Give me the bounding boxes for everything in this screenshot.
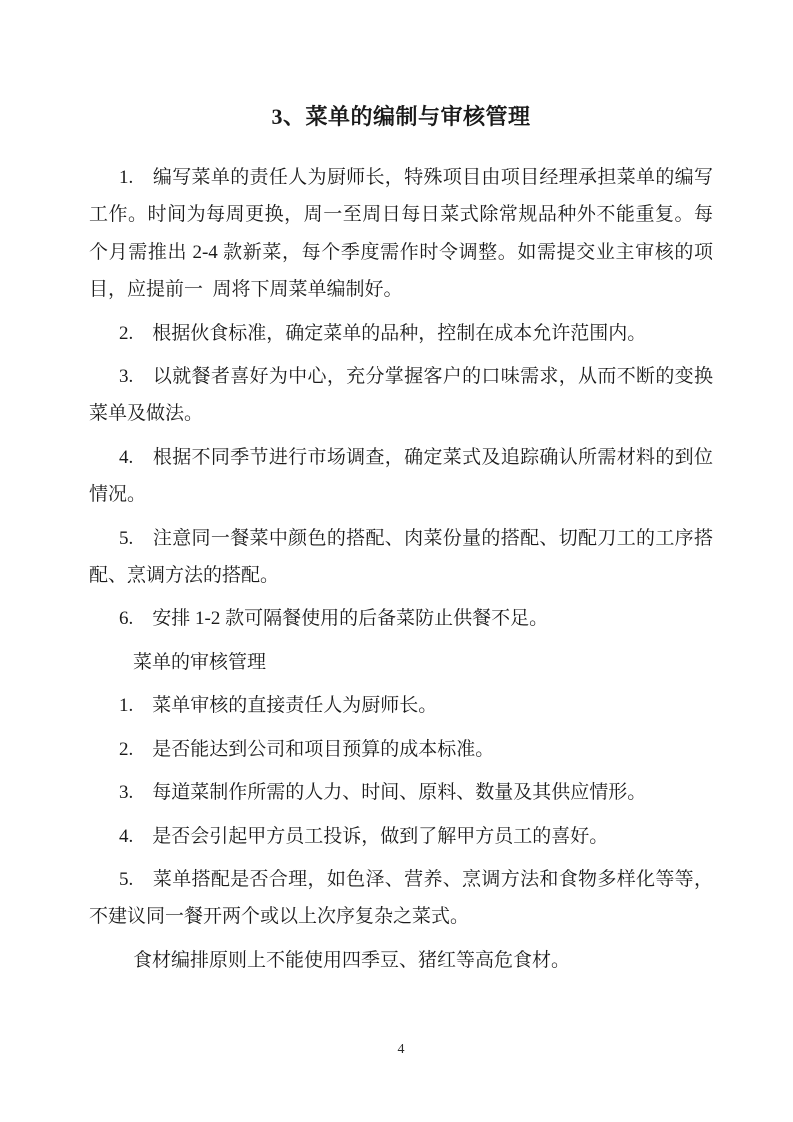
list-item-audit-2: 2. 是否能达到公司和项目预算的成本标准。 [89, 731, 713, 768]
list-item-compile-2: 2. 根据伙食标准，确定菜单的品种，控制在成本允许范围内。 [89, 315, 713, 352]
page-number: 4 [89, 1042, 713, 1058]
page-title: 3、菜单的编制与审核管理 [89, 104, 713, 130]
list-item-compile-6: 6. 安排 1-2 款可隔餐使用的后备菜防止供餐不足。 [89, 600, 713, 637]
page-content: 3、菜单的编制与审核管理 1. 编写菜单的责任人为厨师长，特殊项目由项目经理承担… [0, 0, 793, 979]
list-item-audit-1: 1. 菜单审核的直接责任人为厨师长。 [89, 687, 713, 724]
paragraph-ingredient-rule: 食材编排原则上不能使用四季豆、猪红等高危食材。 [89, 942, 713, 979]
list-item-compile-4: 4. 根据不同季节进行市场调查，确定菜式及追踪确认所需材料的到位情况。 [89, 439, 713, 514]
list-item-compile-1: 1. 编写菜单的责任人为厨师长，特殊项目由项目经理承担菜单的编写工作。时间为每周… [89, 159, 713, 309]
list-item-audit-5: 5. 菜单搭配是否合理，如色泽、营养、烹调方法和食物多样化等等，不建议同一餐开两… [89, 861, 713, 936]
list-item-compile-3: 3. 以就餐者喜好为中心，充分掌握客户的口味需求，从而不断的变换菜单及做法。 [89, 358, 713, 433]
section-heading-audit: 菜单的审核管理 [89, 644, 713, 681]
list-item-compile-5: 5. 注意同一餐菜中颜色的搭配、肉菜份量的搭配、切配刀工的工序搭配、烹调方法的搭… [89, 520, 713, 595]
list-item-audit-4: 4. 是否会引起甲方员工投诉，做到了解甲方员工的喜好。 [89, 818, 713, 855]
list-item-audit-3: 3. 每道菜制作所需的人力、时间、原料、数量及其供应情形。 [89, 774, 713, 811]
document-page: 3、菜单的编制与审核管理 1. 编写菜单的责任人为厨师长，特殊项目由项目经理承担… [0, 0, 793, 1122]
